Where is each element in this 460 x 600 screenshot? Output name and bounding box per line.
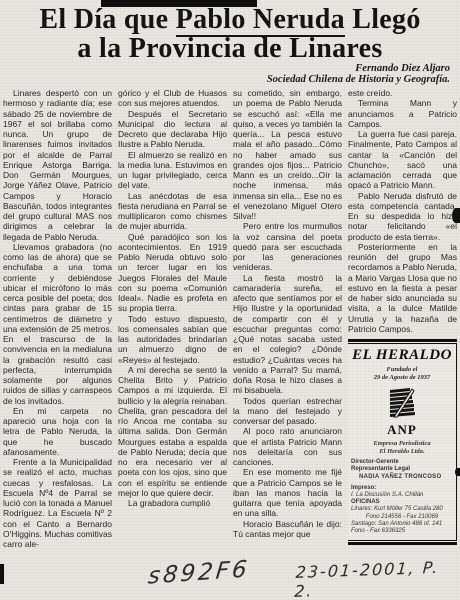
- paragraph: Todo estuvo dispuesto, los comensales sa…: [118, 314, 227, 365]
- anp-logo-icon: [351, 385, 453, 423]
- article-body: Linares despertó con un hermoso y radian…: [0, 85, 460, 567]
- article-column-1: Linares despertó con un hermoso y radian…: [3, 88, 112, 567]
- paragraph: Todos querían estrechar la mano del fest…: [233, 396, 342, 427]
- paragraph: Frente a la Municipalidad se realizó el …: [3, 457, 112, 549]
- el-heraldo-box: EL HERALDO Fundado el 29 de Agosto de 19…: [348, 339, 457, 545]
- byline-author: Fernando Diez Aljaro: [0, 63, 450, 74]
- byline: Fernando Diez Aljaro Sociedad Chilena de…: [0, 63, 460, 85]
- paragraph: este creído.: [348, 88, 457, 98]
- heraldo-office-linares-phone: Fono 214556 - Fax 210069: [351, 514, 453, 521]
- paragraph: Después el Secretario Municipal dio lect…: [118, 109, 227, 150]
- cropped-masthead-bar: [101, 0, 257, 7]
- heraldo-printed-label: Impreso:: [351, 485, 453, 492]
- headline-line1-pre: El Día que: [39, 4, 175, 35]
- scan-artifact-right: [452, 208, 460, 223]
- paragraph: Pablo Neruda disfrutó de esta competenci…: [348, 191, 457, 242]
- heraldo-role-2: Representante Legal: [351, 466, 453, 473]
- heraldo-legal-name: NADIA YAÑEZ TRONCOSO: [351, 474, 453, 481]
- scan-artifact-right-2: [455, 468, 460, 476]
- paragraph: A mi derecha se sentó la Chelita Brito y…: [118, 365, 227, 498]
- article-headline: El Día que Pablo Neruda Llegó a la Provi…: [0, 0, 460, 63]
- paragraph: En mi carpeta no apareció una hoja con l…: [3, 406, 112, 457]
- paragraph: Horacio Bascuñán le dijo: Tú cantas mejo…: [233, 519, 342, 540]
- paragraph: La grabadora cumplió: [118, 498, 227, 508]
- paragraph: La guerra fue casi pareja. Finalmente, P…: [348, 129, 457, 191]
- paragraph: su cometido, sin embargo, un poema de Pa…: [233, 88, 342, 221]
- paragraph: górico y el Club de Huasos con sus mejor…: [118, 88, 227, 109]
- heraldo-office-santiago-phone: Fono - Fax 6336325: [351, 528, 453, 535]
- paragraph: Linares despertó con un hermoso y radian…: [3, 88, 112, 242]
- paragraph: El almuerzo se realizó en la media luna.…: [118, 150, 227, 191]
- scan-artifact-left: [0, 564, 4, 584]
- heraldo-role-1: Director-Gerente: [351, 459, 453, 466]
- anp-label: ANP: [351, 423, 453, 436]
- heraldo-title: EL HERALDO: [351, 348, 453, 363]
- heraldo-company: Empresa Periodística El Heraldo Ltda.: [351, 440, 453, 455]
- paragraph: Posteriormente en la reunión del grupo M…: [348, 242, 457, 334]
- paragraph: Pero entre los murmullos la voz cansina …: [233, 221, 342, 272]
- paragraph: Llevamos grabadora (no como las de ahora…: [3, 242, 112, 406]
- headline-line1-post: Llegó: [345, 4, 421, 35]
- heraldo-printer: I. La Discusión S.A. Chillán: [351, 492, 453, 499]
- article-column-4: este creído.Termina Mann y anunciamos a …: [348, 88, 457, 567]
- paragraph: Qué paradójico son los acontecimientos. …: [118, 232, 227, 314]
- article-column-2: górico y el Club de Huasos con sus mejor…: [118, 88, 227, 567]
- heraldo-details: Director-Gerente Representante Legal NAD…: [351, 459, 453, 535]
- heraldo-office-santiago: Santiago: San Antonio 486 of. 141: [351, 521, 453, 528]
- heraldo-offices-label: OFICINAS: [351, 499, 453, 506]
- heraldo-founded: Fundado el 29 de Agosto de 1937: [351, 366, 453, 381]
- paragraph: Las anécdotas de esa fiesta nerudiana en…: [118, 191, 227, 232]
- article-column-4-text: este creído.Termina Mann y anunciamos a …: [348, 88, 457, 334]
- byline-affiliation: Sociedad Chilena de Historia y Geografía…: [0, 74, 450, 85]
- heraldo-office-linares: Linares: Kurt Möller 75 Casilla 280: [351, 506, 453, 513]
- handwritten-date-page: 23-01-2001, P. 2.: [294, 557, 460, 600]
- article-column-3: su cometido, sin embargo, un poema de Pa…: [233, 88, 342, 567]
- paragraph: En ese momento me fijé que a Patricio Ca…: [233, 467, 342, 518]
- headline-line2: a la Provincia de Linares: [77, 33, 382, 64]
- paragraph: Termina Mann y anunciamos a Patricio Cam…: [348, 98, 457, 129]
- paragraph: Al poco rato anunciaron que el artista P…: [233, 426, 342, 467]
- paragraph: La fiesta mostró la camaradería sureña, …: [233, 273, 342, 396]
